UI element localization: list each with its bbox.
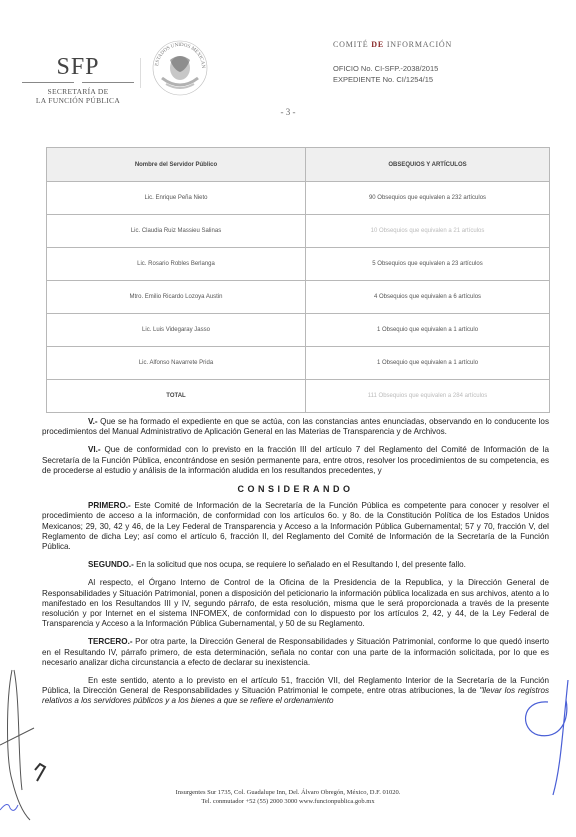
- table-row: Lic. Rosario Robles Berlanga5 Obsequios …: [47, 248, 550, 281]
- paragraph-lead: TERCERO.-: [88, 637, 133, 646]
- paragraph-en-este-sentido: En este sentido, atento a lo previsto en…: [42, 676, 549, 707]
- table-row: Mtro. Emilio Ricardo Lozoya Austin4 Obse…: [47, 281, 550, 314]
- logo-line-1: SECRETARÍA DE: [22, 87, 134, 96]
- expediente-number: EXPEDIENTE No. CI/1254/15: [333, 74, 452, 85]
- paragraph-vi: VI.- Que de conformidad con lo previsto …: [42, 445, 549, 476]
- logo-divider: [140, 58, 141, 88]
- sfp-acronym: SFP: [22, 55, 134, 79]
- table-header-row: Nombre del Servidor Público OBSEQUIOS Y …: [47, 148, 550, 182]
- column-header-gifts: OBSEQUIOS Y ARTÍCULOS: [306, 148, 550, 182]
- committee-word-3: INFORMACIÓN: [387, 40, 452, 49]
- paragraph-al-respecto: Al respecto, el Órgano Interno de Contro…: [42, 578, 549, 629]
- paragraph-primero: PRIMERO.- Este Comité de Información de …: [42, 501, 549, 552]
- gifts-count: 90 Obsequios que equivalen a 232 artícul…: [306, 182, 550, 215]
- total-value: 111 Obsequios que equivalen a 284 artícu…: [306, 380, 550, 413]
- paragraph-text: Que se ha formado el expediente en que s…: [42, 417, 549, 436]
- servant-name: Lic. Claudia Ruiz Massieu Salinas: [47, 215, 306, 248]
- servant-name: Lic. Rosario Robles Berlanga: [47, 248, 306, 281]
- gifts-table: Nombre del Servidor Público OBSEQUIOS Y …: [46, 147, 550, 413]
- document-body: V.- Que se ha formado el expediente en q…: [42, 417, 549, 715]
- table-total-row: TOTAL 111 Obsequios que equivalen a 284 …: [47, 380, 550, 413]
- gifts-count: 5 Obsequios que equivalen a 23 artículos: [306, 248, 550, 281]
- oficio-number: OFICIO No. CI-SFP.-2038/2015: [333, 63, 452, 74]
- committee-word-1: COMITÉ: [333, 40, 368, 49]
- paragraph-text: Que de conformidad con lo previsto en la…: [42, 445, 549, 474]
- paragraph-v: V.- Que se ha formado el expediente en q…: [42, 417, 549, 437]
- gifts-count: 10 Obsequios que equivalen a 21 artículo…: [306, 215, 550, 248]
- committee-name: COMITÉ DE INFORMACIÓN: [333, 40, 452, 49]
- column-header-name: Nombre del Servidor Público: [47, 148, 306, 182]
- reference-numbers: OFICIO No. CI-SFP.-2038/2015 EXPEDIENTE …: [333, 63, 452, 85]
- total-label: TOTAL: [47, 380, 306, 413]
- paragraph-segundo: SEGUNDO.- En la solicitud que nos ocupa,…: [42, 560, 549, 570]
- page-number: - 3 -: [0, 107, 576, 117]
- paragraph-lead: PRIMERO.-: [88, 501, 131, 510]
- paragraph-text: En este sentido, atento a lo previsto en…: [42, 676, 549, 695]
- committee-word-2: DE: [371, 40, 384, 49]
- table-row: Lic. Enrique Peña Nieto90 Obsequios que …: [47, 182, 550, 215]
- logo-line-2: LA FUNCIÓN PÚBLICA: [22, 96, 134, 105]
- paragraph-lead: V.-: [88, 417, 98, 426]
- footer-contact: Tel. conmutador +52 (55) 2000 3000 www.f…: [0, 797, 576, 806]
- letterhead: SFP SECRETARÍA DE LA FUNCIÓN PÚBLICA EST…: [0, 0, 576, 120]
- paragraph-text: Al respecto, el Órgano Interno de Contro…: [42, 578, 549, 628]
- table-row: Lic. Alfonso Navarrete Prida1 Obsequio q…: [47, 347, 550, 380]
- servant-name: Lic. Alfonso Navarrete Prida: [47, 347, 306, 380]
- servant-name: Mtro. Emilio Ricardo Lozoya Austin: [47, 281, 306, 314]
- national-seal-icon: ESTADOS UNIDOS MEXICANOS: [150, 38, 210, 98]
- servant-name: Lic. Enrique Peña Nieto: [47, 182, 306, 215]
- gifts-count: 1 Obsequio que equivalen a 1 artículo: [306, 347, 550, 380]
- office-reference: COMITÉ DE INFORMACIÓN OFICIO No. CI-SFP.…: [333, 40, 452, 85]
- footer: Insurgentes Sur 1735, Col. Guadalupe Inn…: [0, 788, 576, 806]
- footer-address: Insurgentes Sur 1735, Col. Guadalupe Inn…: [0, 788, 576, 797]
- paragraph-lead: SEGUNDO.-: [88, 560, 134, 569]
- logo-rule: [22, 82, 134, 83]
- paragraph-lead: VI.-: [88, 445, 101, 454]
- section-title: CONSIDERANDO: [42, 484, 549, 494]
- table-row: Lic. Claudia Ruiz Massieu Salinas10 Obse…: [47, 215, 550, 248]
- gifts-count: 1 Obsequio que equivalen a 1 artículo: [306, 314, 550, 347]
- table-row: Lic. Luis Videgaray Jasso1 Obsequio que …: [47, 314, 550, 347]
- gifts-count: 4 Obsequios que equivalen a 6 artículos: [306, 281, 550, 314]
- sfp-logo: SFP SECRETARÍA DE LA FUNCIÓN PÚBLICA: [22, 55, 134, 105]
- paragraph-text: En la solicitud que nos ocupa, se requie…: [134, 560, 466, 569]
- servant-name: Lic. Luis Videgaray Jasso: [47, 314, 306, 347]
- paragraph-tercero: TERCERO.- Por otra parte, la Dirección G…: [42, 637, 549, 668]
